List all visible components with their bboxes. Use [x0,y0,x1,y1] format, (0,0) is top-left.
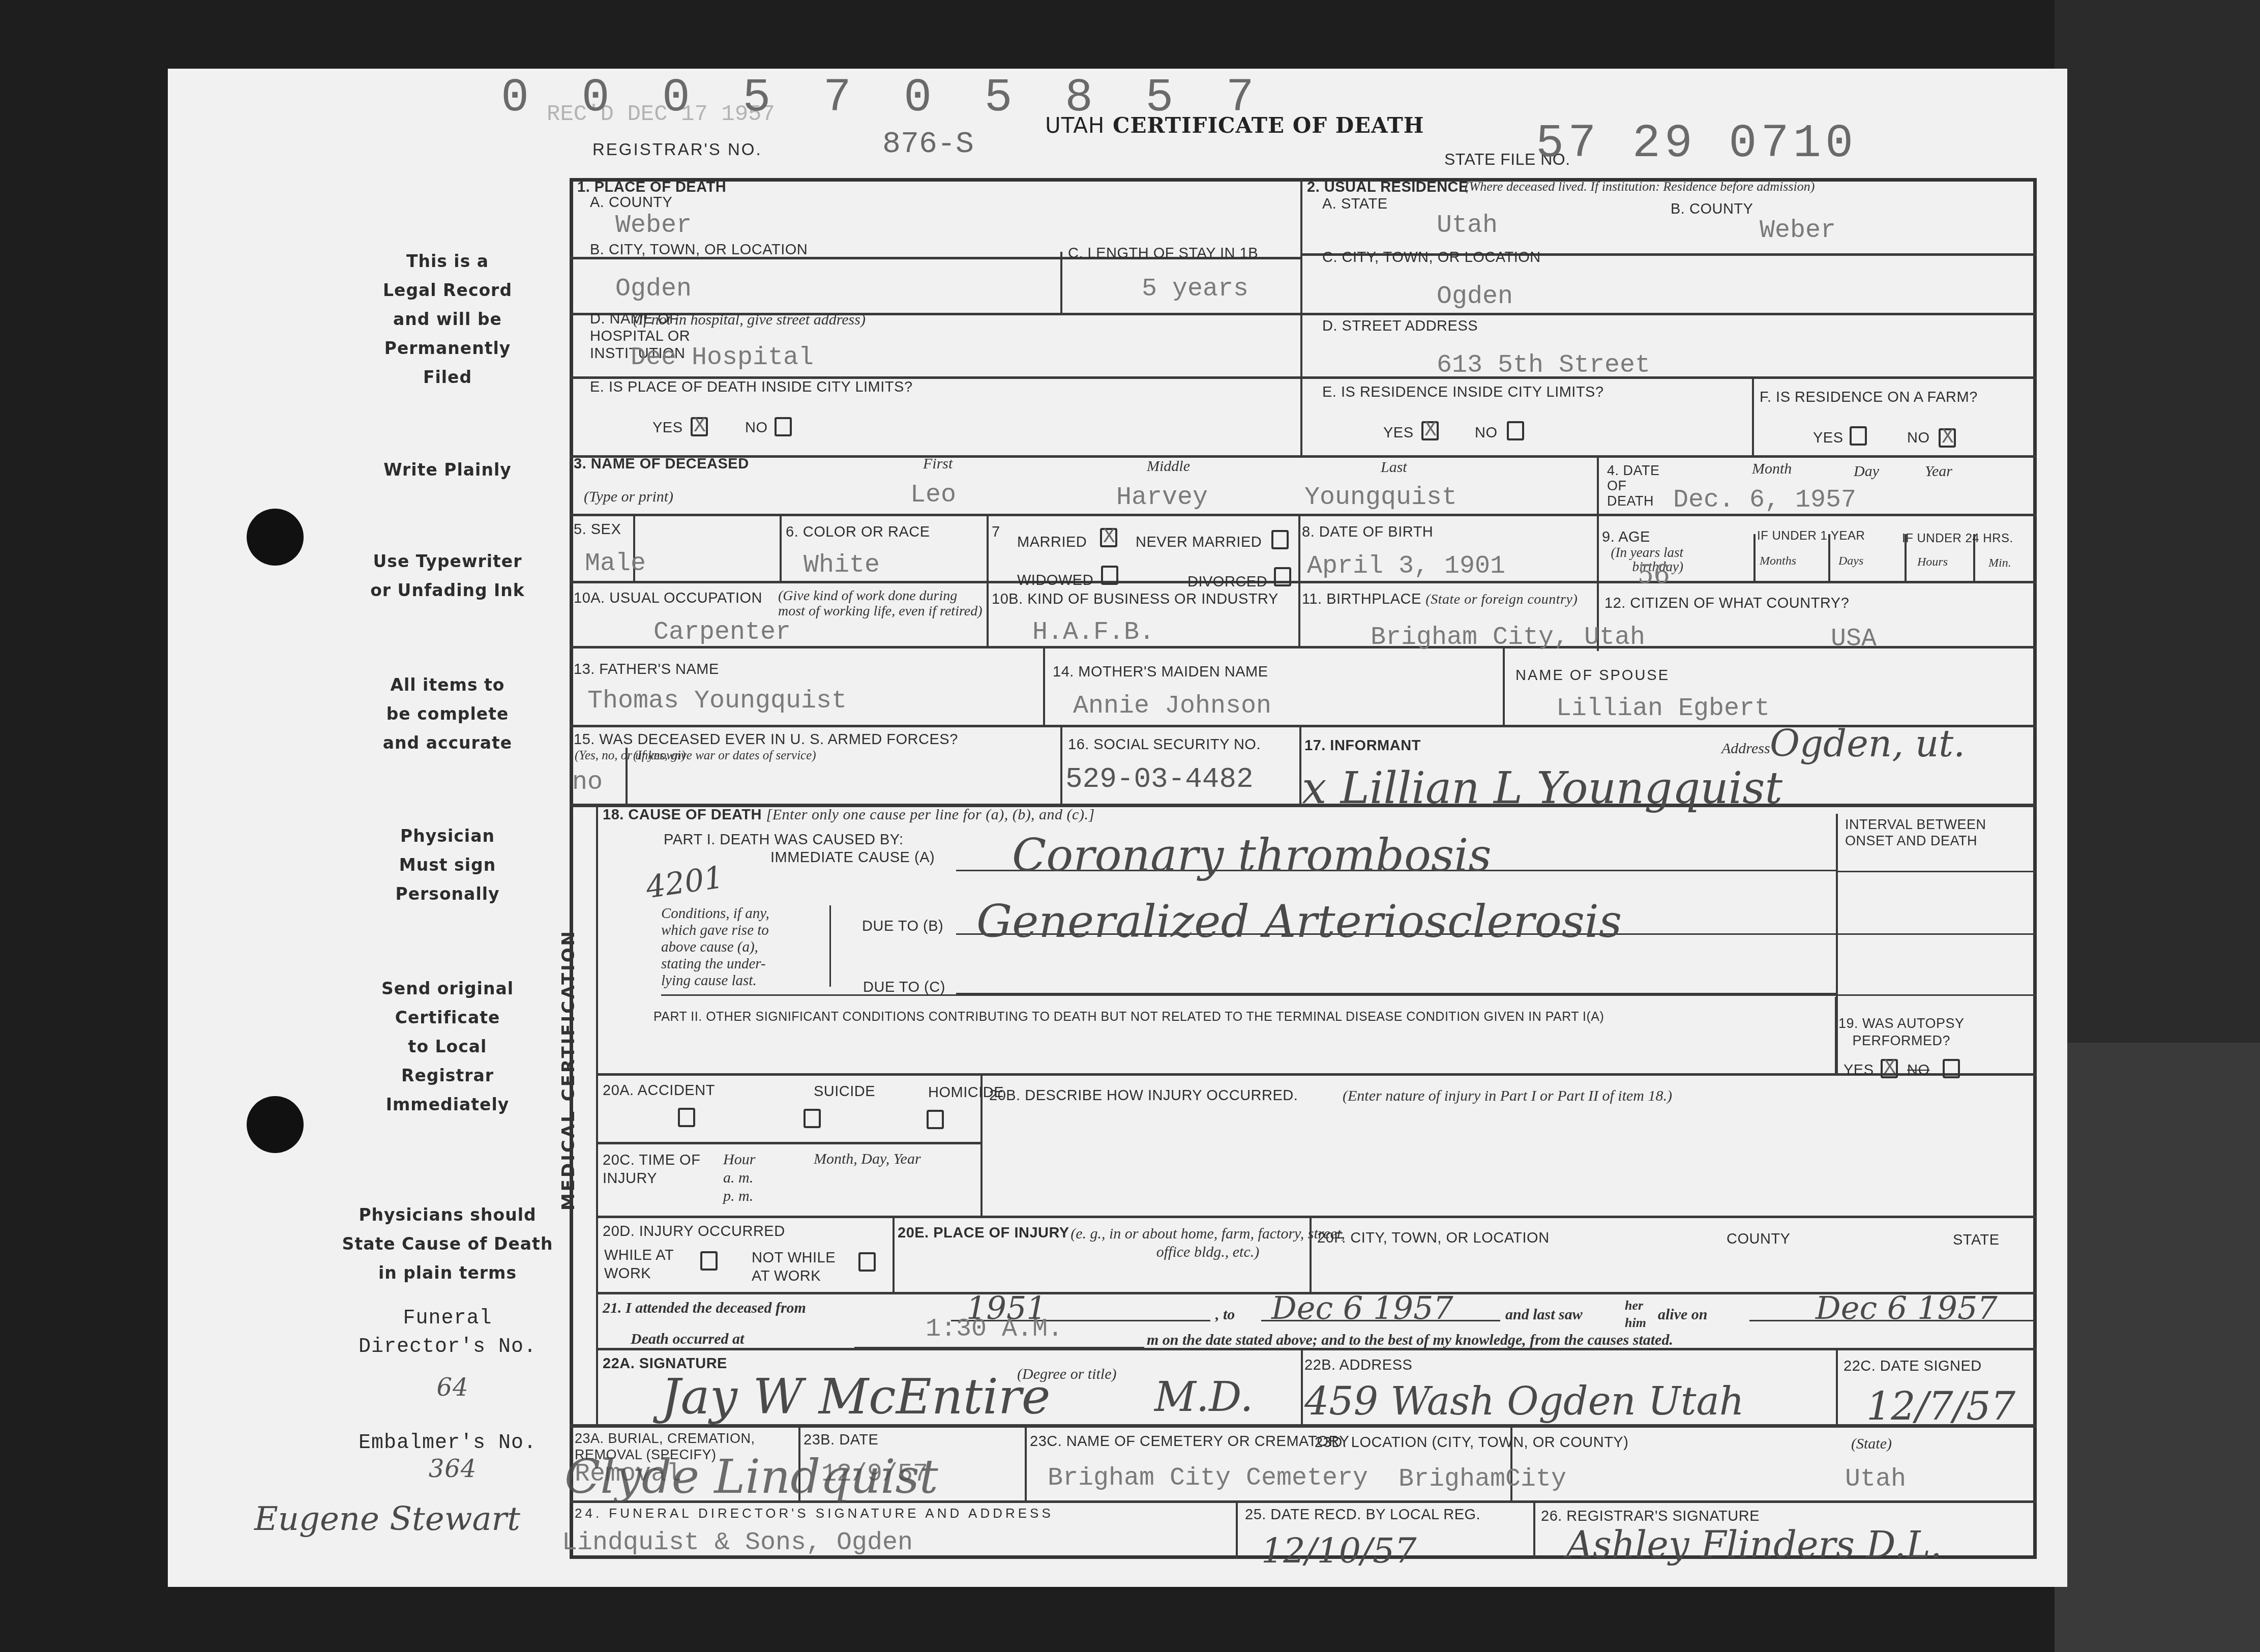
spouse-label: NAME OF SPOUSE [1515,667,1670,684]
business-label: 10b. KIND OF BUSINESS OR INDUSTRY [992,591,1278,608]
res-city-limits-no-checkbox[interactable] [1507,421,1524,440]
sex-value: Male [585,549,646,578]
cemetery-value: Brigham City Cemetery [1048,1464,1368,1493]
res-state-value: Utah [1437,211,1498,240]
location-state-value: Utah [1845,1465,1906,1494]
registrar-signature: Ashley Flinders D.L. [1566,1523,1942,1566]
embalmer-signature: Eugene Stewart [254,1500,520,1538]
hospital-note: (If not in hospital, give street address… [633,311,866,329]
res-city-label: c. CITY, TOWN, OR LOCATION [1322,249,1541,266]
farm-no-checkbox[interactable] [1939,428,1956,448]
informant-address-label: Address [1721,740,1770,757]
injury-state-label: STATE [1953,1232,2000,1249]
dob-value: April 3, 1901 [1307,552,1505,581]
death-city-value: Ogden [615,275,692,304]
county-label: a. COUNTY [590,194,672,211]
death-city-label: b. CITY, TOWN, OR LOCATION [590,242,808,258]
farm-yes-label: YES [1813,430,1843,447]
business-value: H.A.F.B. [1032,618,1154,647]
death-city-limits-label: e. IS PLACE OF DEATH INSIDE CITY LIMITS? [590,379,913,396]
registrars-no: 876-S [882,127,974,162]
res-city-limits-label: e. IS RESIDENCE INSIDE CITY LIMITS? [1322,384,1604,401]
date-of-death-value: Dec. 6, 1957 [1673,486,1856,515]
residence-note: (Where deceased lived. If institution: R… [1465,179,1815,194]
not-while-at-work-checkbox[interactable] [858,1252,876,1272]
month-label: Month [1752,460,1792,478]
res-city-limits-yes-checkbox[interactable] [1421,421,1439,440]
date-signed-value: 12/7/57 [1866,1383,2015,1429]
note-write-plainly: Write Plainly [356,455,539,484]
res-city-value: Ogden [1437,282,1513,311]
residence-header: 2. USUAL RESIDENCE [1307,179,1469,196]
note-physician-sign: Physician Must sign Personally [356,821,539,908]
funeral-director-value: Lindquist & Sons, Ogden [562,1528,913,1557]
while-at-work-checkbox[interactable] [700,1251,718,1271]
first-label: First [923,455,953,473]
alive-on-label: alive on [1658,1306,1708,1323]
middle-label: Middle [1147,458,1190,475]
birthplace-value: Brigham City, Utah [1371,623,1645,652]
time-of-injury-label: 20c. TIME OF INJURY [603,1151,700,1188]
father-label: 13. FATHER'S NAME [574,661,719,678]
suicide-label: SUICIDE [814,1083,875,1100]
ssn-value: 529-03-4482 [1065,763,1254,795]
accident-checkbox[interactable] [678,1108,695,1127]
cause-header: 18. CAUSE OF DEATH [Enter only one cause… [603,806,1095,823]
note-send-original: Send original Certificate to Local Regis… [356,974,539,1119]
describe-injury-label: 20b. DESCRIBE HOW INJURY OCCURRED. [989,1087,1298,1104]
registrars-no-label: REGISTRAR'S NO. [592,140,762,159]
citizen-label: 12. CITIZEN OF WHAT COUNTRY? [1604,595,1849,612]
race-value: White [804,551,880,580]
death-occurred-at-value: 1:30 A.M. [926,1315,1063,1344]
scan-background-right [2055,0,2260,1652]
name-note: (Type or print) [584,488,673,506]
informant-label: 17. INFORMANT [1304,737,1421,754]
note-legal-record: This is a Legal Record and will be Perma… [356,247,539,392]
page-title: UTAH CERTIFICATE OF DEATH [1045,113,1424,138]
accident-label: 20a. ACCIDENT [603,1082,715,1099]
autopsy-yes-label: YES [1843,1062,1874,1079]
death-city-limits-yes-checkbox[interactable] [691,417,708,436]
part2-label: PART II. OTHER SIGNIFICANT CONDITIONS CO… [653,1010,1604,1024]
armed-forces-value: no [572,768,603,797]
autopsy-no-checkbox[interactable] [1943,1059,1960,1078]
homicide-checkbox[interactable] [927,1110,944,1129]
registrar-sig-label: 26. REGISTRAR'S SIGNATURE [1541,1508,1760,1525]
punch-hole-bottom [247,1096,304,1153]
last-name-value: Youngquist [1304,483,1457,512]
dob-label: 8. DATE OF BIRTH [1302,524,1433,541]
under-24-hrs-label: IF UNDER 24 HRS. [1902,532,2013,546]
farm-yes-checkbox[interactable] [1850,426,1867,446]
not-while-at-work-label: NOT WHILE AT WORK [752,1249,836,1285]
burial-date-label: 23b. DATE [804,1432,878,1449]
location-label: 23d. LOCATION (City, town, or county) [1315,1434,1628,1451]
injury-county-label: COUNTY [1727,1231,1790,1248]
death-city-limits-no-checkbox[interactable] [775,417,792,436]
embalmer-no: 364 [386,1455,519,1483]
while-at-work-label: WHILE AT WORK [604,1246,674,1283]
informant-address: Ogden, ut. [1770,722,1965,765]
race-label: 6. COLOR OR RACE [786,524,930,541]
day-label: Day [1854,463,1879,480]
note-physicians-cause: Physicians should State Cause of Death i… [325,1200,570,1287]
spouse-value: Lillian Egbert [1556,694,1770,723]
divorced-checkbox[interactable] [1274,567,1291,586]
days-label: Days [1838,554,1863,568]
autopsy-no-label: NO [1907,1062,1930,1079]
middle-name-value: Harvey [1116,483,1208,512]
citizen-value: USA [1831,625,1877,654]
alive-on-value: Dec 6 1957 [1816,1289,1998,1326]
death-county-value: Weber [615,211,692,240]
last-saw-label: and last saw [1505,1306,1583,1323]
injury-city-label: 20f. CITY, TOWN, OR LOCATION [1317,1230,1550,1247]
funeral-director-no: 64 [386,1373,519,1402]
place-of-injury-note: (e. g., in or about home, farm, factory,… [898,1225,1350,1261]
never-married-checkbox[interactable] [1271,530,1289,549]
res-county-value: Weber [1760,216,1836,245]
part1-label: PART I. DEATH WAS CAUSED BY: [664,832,904,848]
age-label: 9. AGE [1602,529,1650,546]
interval-label: INTERVAL BETWEEN ONSET AND DEATH [1845,816,1986,849]
immediate-cause-label: IMMEDIATE CAUSE (a) [770,849,935,866]
date-recd-label: 25. DATE RECD. BY LOCAL REG. [1245,1507,1480,1523]
res-yes-label: YES [1383,425,1414,441]
due-to-c-label: DUE TO (c) [863,979,945,996]
physician-signature: Jay W McEntire [661,1368,1051,1425]
married-label: MARRIED [1017,534,1087,551]
physician-address-label: 22b. ADDRESS [1304,1357,1412,1374]
death-occurred-suffix: m on the date stated above; and to the b… [1147,1332,1673,1349]
res-county-label: b. COUNTY [1671,201,1753,218]
hours-label: Hours [1917,555,1948,569]
funeral-director-label: Funeral Director's No. [325,1305,570,1362]
physician-degree: M.D. [1154,1373,1253,1421]
mother-value: Annie Johnson [1073,692,1271,721]
date-recd-value: 12/10/57 [1261,1531,1416,1571]
armed-forces-label: 15. WAS DECEASED EVER IN U. S. ARMED FOR… [574,731,958,748]
widowed-checkbox[interactable] [1101,566,1118,585]
res-state-label: a. STATE [1322,196,1388,213]
res-street-value: 613 5th Street [1437,351,1650,380]
place-of-death-header: 1. PLACE OF DEATH [577,179,726,196]
received-stamp: REC'D DEC 17 1957 [547,102,775,127]
res-street-label: d. STREET ADDRESS [1322,318,1478,335]
conditions-note: Conditions, if any, which gave rise to a… [661,905,769,989]
describe-injury-note: (Enter nature of injury in Part I or Par… [1343,1087,1672,1105]
farm-no-label: NO [1907,430,1930,447]
armed-forces-note2: (If yes, give war or dates of service) [633,749,816,763]
never-married-label: NEVER MARRIED [1136,534,1262,551]
embalmer-label: Embalmer's No. [325,1429,570,1458]
cemetery-label: 23c. NAME OF CEMETERY OR CREMATORY [1030,1433,1349,1450]
marital-num: 7 [992,524,1000,541]
first-name-value: Leo [910,481,956,510]
farm-label: f. IS RESIDENCE ON A FARM? [1760,389,1978,406]
under-1-year-label: IF UNDER 1 YEAR [1757,529,1865,543]
autopsy-yes-checkbox[interactable] [1881,1059,1898,1078]
occupation-note: (Give kind of work done during most of w… [590,588,987,619]
medical-certification-label: MEDICAL CERTIFICATION [558,929,579,1211]
name-label: 3. NAME OF DECEASED [574,455,749,473]
divorced-label: DIVORCED [1187,574,1267,591]
to-label: , to [1215,1306,1235,1323]
hospital-value: Dee Hospital [631,343,814,372]
suicide-checkbox[interactable] [804,1109,821,1128]
months-label: Months [1760,554,1796,568]
ssn-label: 16. SOCIAL SECURITY NO. [1068,736,1261,753]
last-label: Last [1381,459,1407,476]
physician-address: 459 Wash Ogden Utah [1304,1378,1744,1424]
due-to-b-label: DUE TO (b) [862,918,943,935]
res-no-label: NO [1475,425,1498,441]
location-state-label: (State) [1851,1435,1892,1453]
married-checkbox[interactable] [1100,528,1117,547]
funeral-director-signature: Clyde Lindquist [564,1450,938,1504]
city-limits-yes-label: YES [652,420,683,436]
father-value: Thomas Youngquist [587,687,847,716]
her-him-label: her him [1625,1297,1646,1332]
autopsy-label: 19. WAS AUTOPSY PERFORMED? [1838,1015,1965,1049]
date-of-death-label: 4. DATE OF DEATH [1607,463,1668,509]
year-label: Year [1925,463,1952,480]
informant-signature: x Lillian L Youngquist [1302,763,1782,814]
sex-label: 5. SEX [574,521,621,538]
length-of-stay-label: c. LENGTH OF STAY IN 1b [1068,245,1258,262]
death-occurred-at-label: Death occurred at [631,1331,744,1348]
mdy-label: Month, Day, Year [814,1150,921,1168]
length-of-stay-value: 5 years [1142,275,1248,304]
mother-label: 14. MOTHER'S MAIDEN NAME [1053,664,1268,681]
age-value: 56 [1638,559,1670,589]
punch-hole-top [247,509,304,566]
attended-to-value: Dec 6 1957 [1271,1289,1453,1326]
attended-from-label: 21. I attended the deceased from [603,1300,806,1317]
note-typewriter: Use Typewriter or Unfading Ink [346,547,549,605]
note-complete: All items to be complete and accurate [356,670,539,757]
immediate-cause-value: Coronary thrombosis [1012,829,1492,881]
occupation-value: Carpenter [653,618,791,647]
injury-occurred-label: 20d. INJURY OCCURRED [603,1223,785,1240]
funeral-director-sig-label: 24. FUNERAL DIRECTOR'S SIGNATURE AND ADD… [575,1506,1054,1521]
location-value: BrighamCity [1399,1465,1566,1494]
date-signed-label: 22c. DATE SIGNED [1843,1358,1982,1375]
due-to-b-value: Generalized Arteriosclerosis [976,895,1622,948]
min-label: Min. [1988,556,2011,570]
widowed-label: WIDOWED [1017,572,1093,589]
hour-label: Hour a. m. p. m. [723,1150,755,1205]
city-limits-no-label: NO [745,420,768,436]
birthplace-label: 11. BIRTHPLACE (State or foreign country… [1302,591,1578,608]
state-file-no: 57 29 0710 [1536,117,1857,170]
